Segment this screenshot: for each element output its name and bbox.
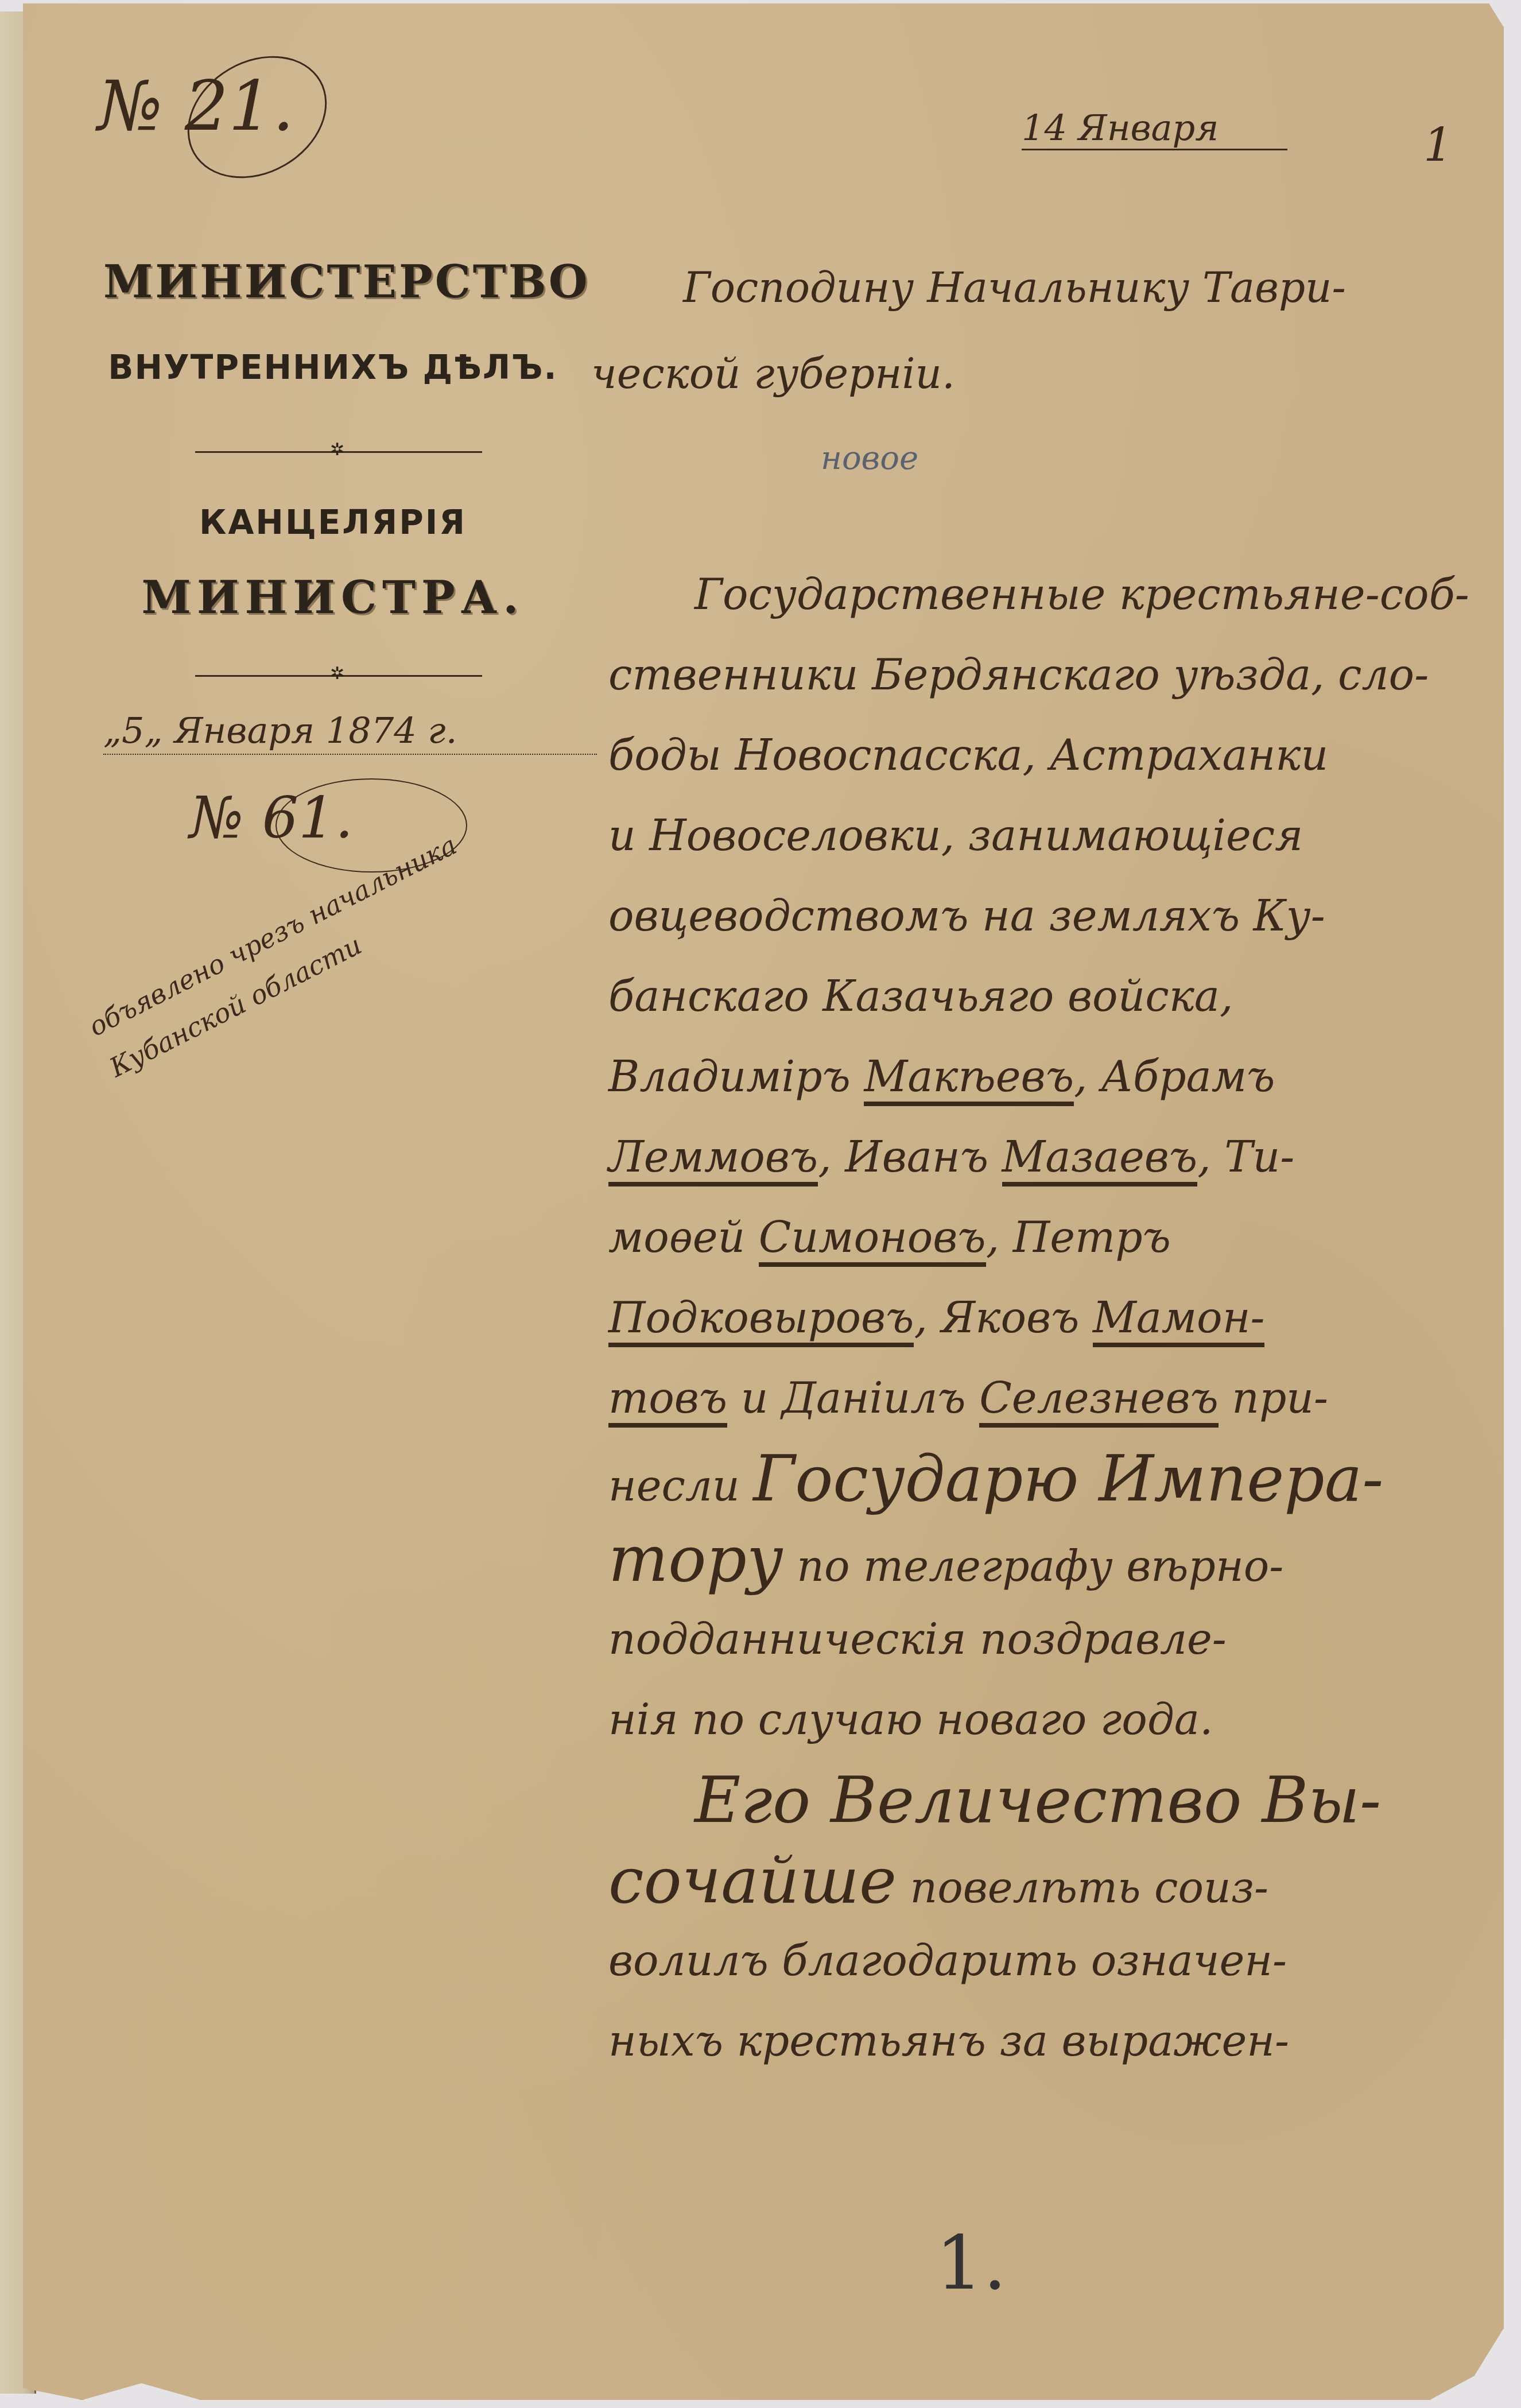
surname: Макѣевъ — [864, 1052, 1074, 1106]
surname: Селезневъ — [979, 1374, 1219, 1428]
ornament-divider-icon — [195, 451, 482, 453]
outgoing-number: № 61. — [189, 784, 353, 851]
surname: Мамон- — [1093, 1293, 1265, 1347]
letterhead-ministry: МИНИСТЕРСТВО — [103, 256, 562, 308]
sheet-number: 1 — [1423, 118, 1453, 172]
letterhead-minister: МИНИСТРА. — [103, 572, 562, 624]
outgoing-date: „5„ Января 1874 г. — [103, 709, 597, 755]
surname: Симоновъ — [759, 1213, 986, 1267]
pencil-note: новое — [821, 440, 918, 477]
surname: Подковыровъ — [608, 1293, 914, 1347]
received-date: 14 Января — [1022, 107, 1287, 150]
document-sheet: № 21. МИНИСТЕРСТВО ВНУТРЕННИХЪ ДѢЛЪ. КАН… — [23, 3, 1504, 2400]
letter-body: Государственные крестьяне-соб- ственники… — [608, 555, 1504, 2081]
surname: Леммовъ — [608, 1133, 818, 1186]
registry-ring — [165, 32, 349, 203]
surname: товъ — [608, 1374, 727, 1428]
surname: Мазаевъ — [1002, 1133, 1198, 1186]
letterhead-internal-affairs: ВНУТРЕННИХЪ ДѢЛЪ. — [103, 348, 562, 387]
page-mark: 1. — [936, 2219, 1007, 2306]
ornament-divider-icon — [195, 675, 482, 677]
registry-number: № 21. — [98, 67, 294, 146]
addressee: Господину Начальнику Таври- ческой губер… — [591, 245, 1498, 417]
letterhead-chancellery: КАНЦЕЛЯРІЯ — [103, 503, 562, 542]
